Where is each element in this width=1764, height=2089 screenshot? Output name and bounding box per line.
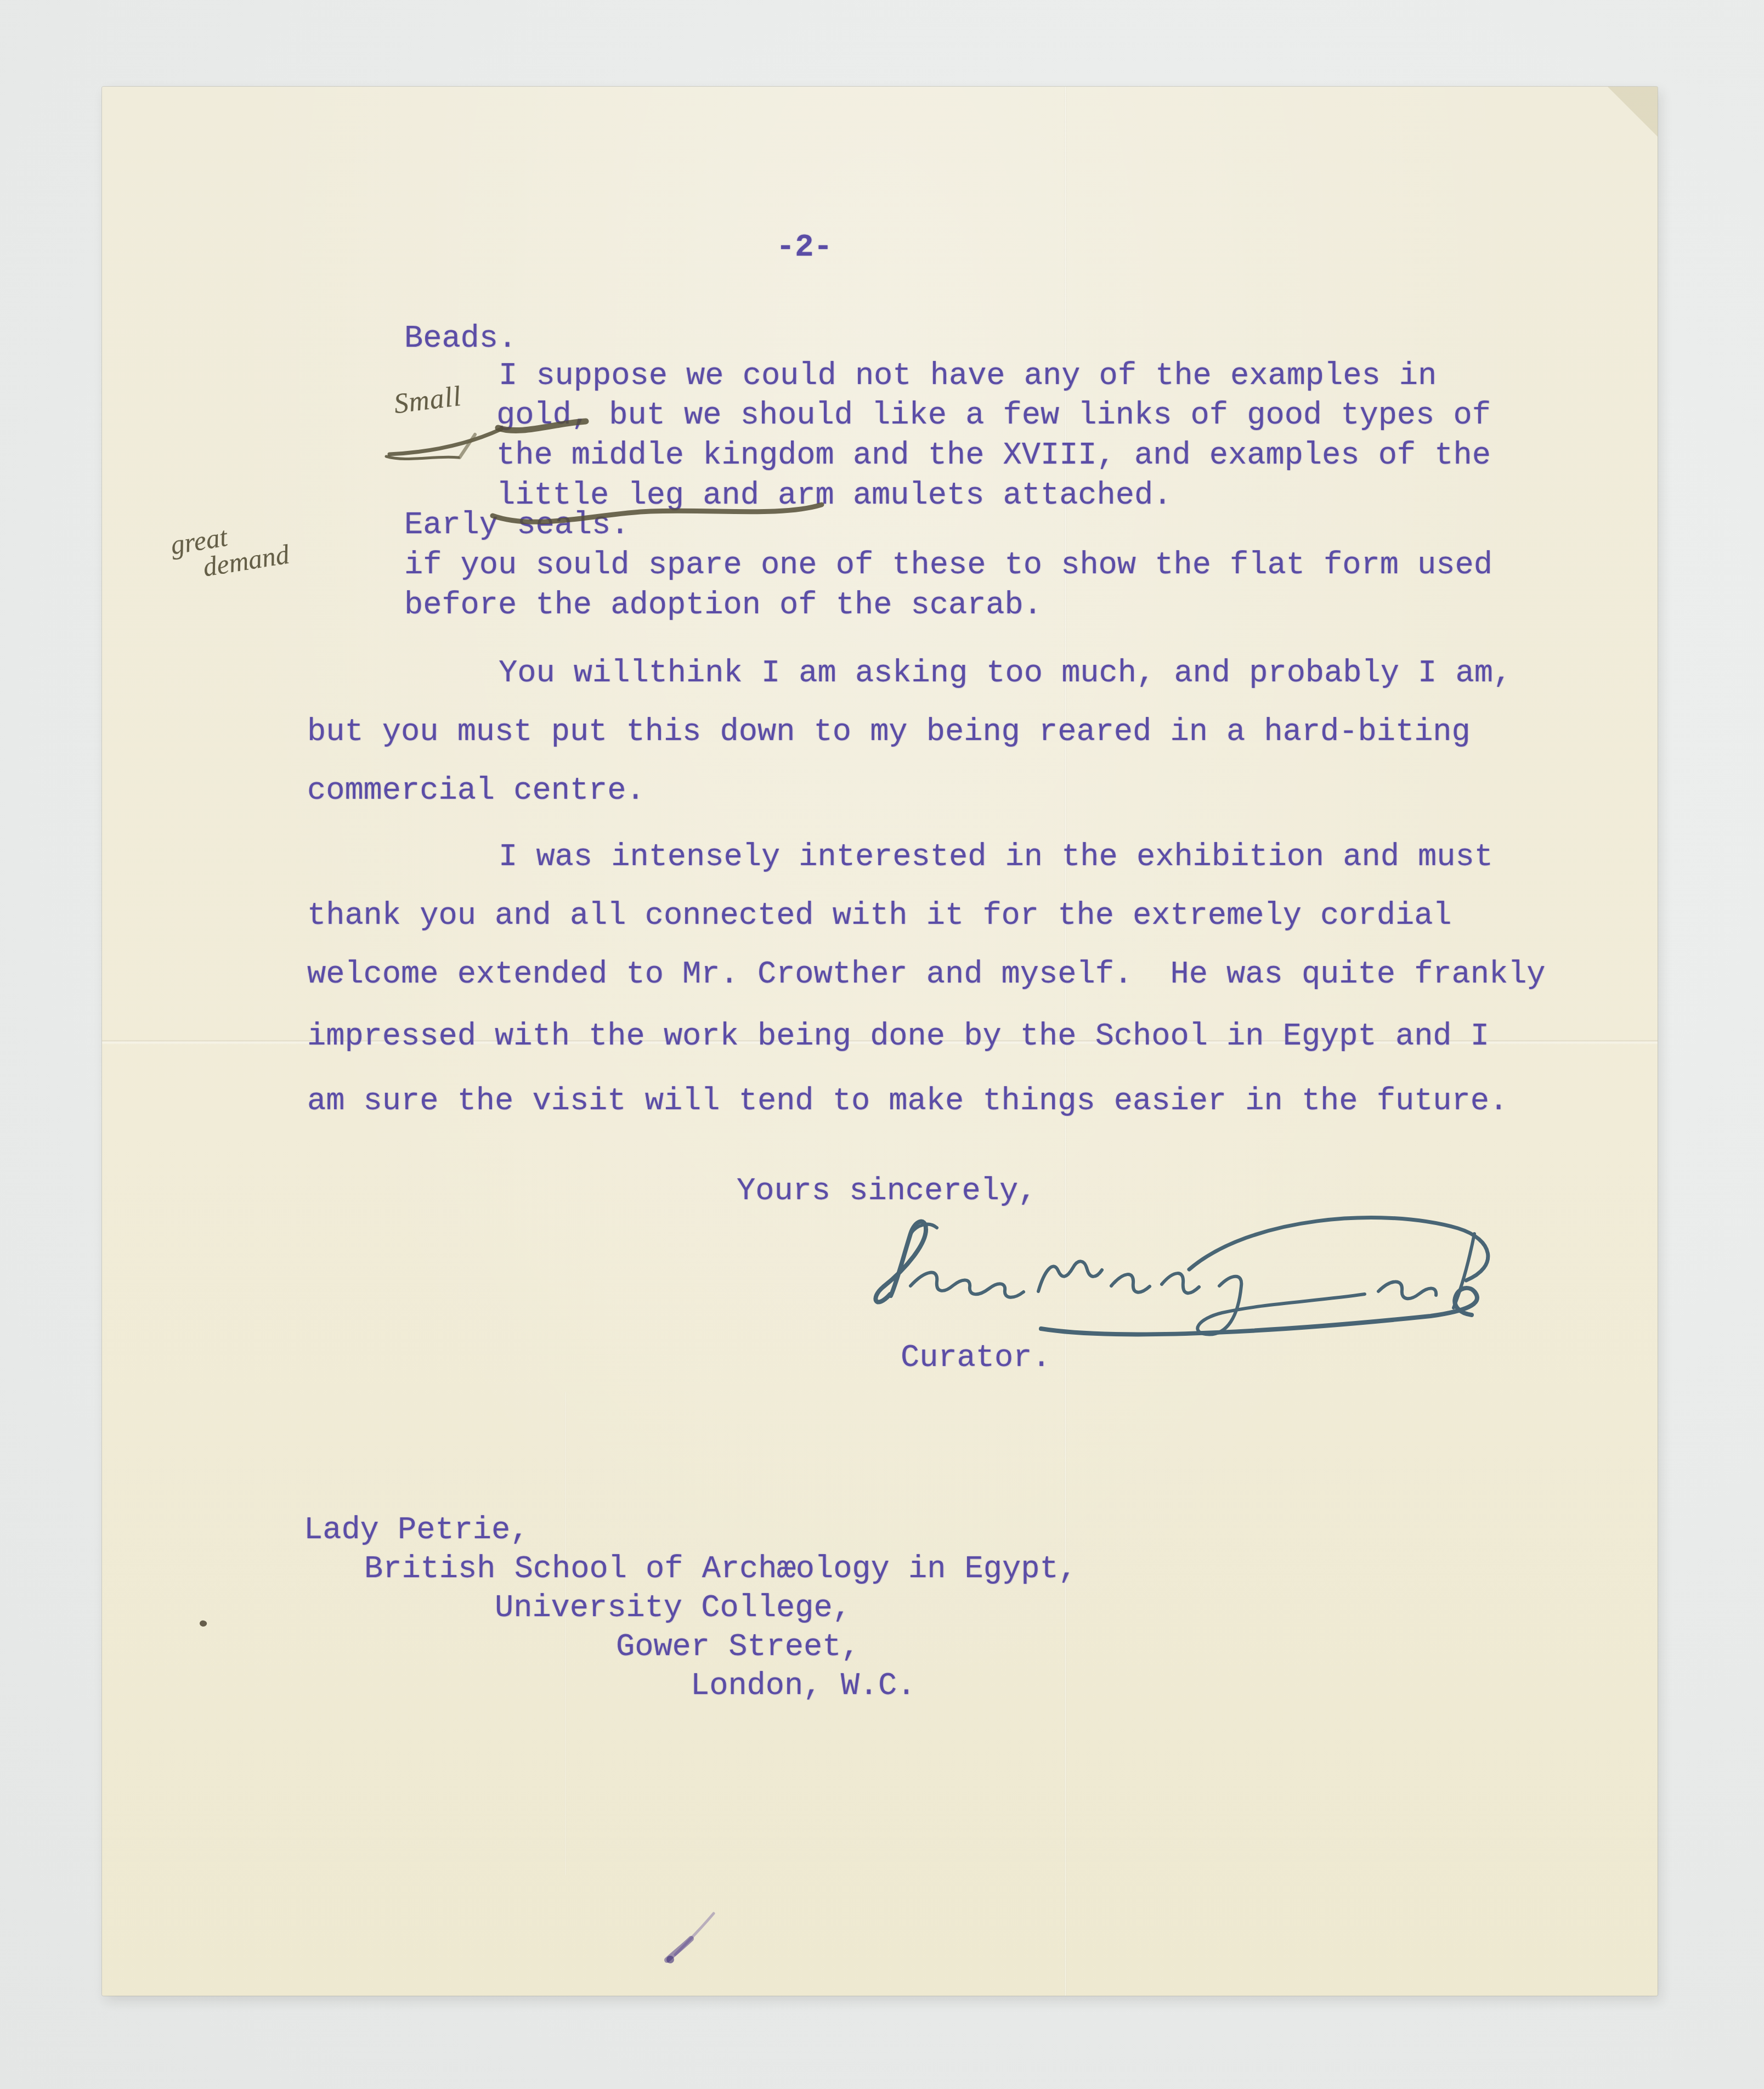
pencil-check-mark [460, 434, 475, 458]
body-para2-line-5: am sure the visit will tend to make thin… [307, 1084, 1508, 1120]
address-line-5: London, W.C. [691, 1669, 915, 1705]
scan-background: -2- Beads. I suppose we could not have a… [0, 0, 1764, 2089]
letter-paper: -2- Beads. I suppose we could not have a… [102, 87, 1658, 1996]
signature-stroke-hos [911, 1273, 1024, 1297]
address-line-4: Gower Street, [616, 1630, 860, 1666]
pencil-underline-gold [498, 421, 586, 431]
address-line-3: University College, [495, 1591, 851, 1627]
address-line-2: British School of Archæology in Egypt, [364, 1552, 1077, 1588]
body-para2-line-1: I was intensely interested in the exhibi… [499, 840, 1493, 876]
pencil-underline-little-leg [493, 505, 822, 522]
signer-title: Curator. [901, 1341, 1051, 1377]
signature-stroke-underline [1041, 1288, 1477, 1334]
body-para1-line-1: You willthink I am asking too much, and … [499, 656, 1512, 692]
body-para1-line-3: commercial centre. [307, 774, 645, 810]
signature-stroke-mid [1038, 1261, 1199, 1293]
pencil-underline-gold-tail [389, 429, 501, 454]
body-para2-line-2: thank you and all connected with it for … [307, 899, 1452, 935]
signature-stroke-T [875, 1222, 926, 1302]
signature-stroke-arc [1189, 1218, 1488, 1280]
body-para2-line-4: impressed with the work being done by th… [307, 1019, 1489, 1055]
body-para2-line-3: welcome extended to Mr. Crowther and mys… [307, 957, 1546, 993]
ink-smudge-dot [666, 1956, 674, 1963]
address-line-1: Lady Petrie, [304, 1513, 529, 1549]
signature: Thos Midgley [860, 1204, 1595, 1346]
pencil-underline-small [386, 456, 459, 459]
signature-ink-strokes [860, 1204, 1595, 1346]
signature-stroke-final [1454, 1234, 1474, 1308]
body-para1-line-2: but you must put this down to my being r… [307, 715, 1471, 751]
